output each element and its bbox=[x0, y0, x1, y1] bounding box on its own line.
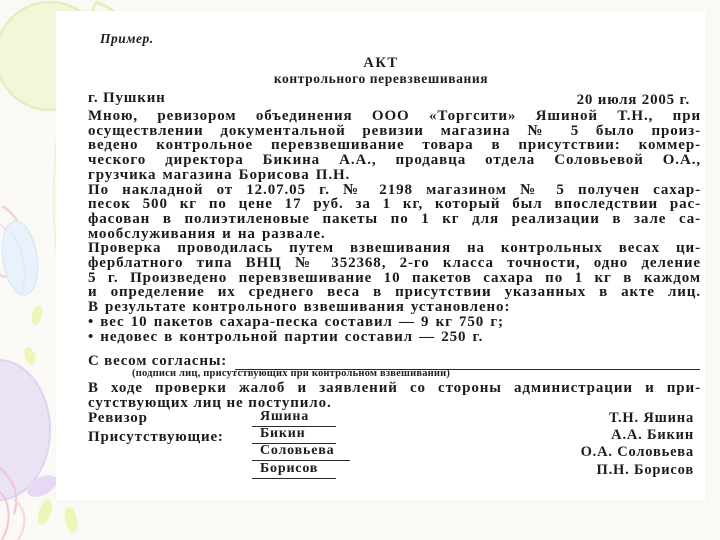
lavender-flower-bottom-left-icon bbox=[0, 360, 60, 540]
body-line: грузчика магазина Борисова П.Н. bbox=[88, 168, 701, 183]
document-title: АКТ bbox=[56, 55, 706, 72]
date-label: 20 июля 2005 г. bbox=[577, 92, 690, 109]
body-line: Мною, ревизором объединения ООО «Торгсит… bbox=[88, 109, 701, 124]
slide: Пример. АКТ контрольного перевзвешивания… bbox=[0, 0, 720, 540]
full-name: А.А. Бикин bbox=[474, 427, 694, 444]
body-line: ческого директора Бикина А.А., продавца … bbox=[88, 153, 701, 168]
closing-line: В ходе проверки жалоб и заявлений со сто… bbox=[88, 381, 701, 396]
printed-names-column: Т.Н. Яшина А.А. Бикин О.А. Соловьева П.Н… bbox=[474, 410, 694, 479]
body-line: фасован в полиэтиленовые пакеты по 1 кг … bbox=[88, 212, 701, 227]
body-line: осуществлении документальной ревизии маг… bbox=[88, 124, 701, 139]
full-name: Т.Н. Яшина bbox=[474, 410, 694, 427]
city-label: г. Пушкин bbox=[88, 90, 166, 107]
document-body: Мною, ревизором объединения ООО «Торгсит… bbox=[88, 109, 701, 345]
handwritten-signatures-column: Яшина Бикин Соловьева Борисов bbox=[252, 409, 402, 478]
signature-text: Бикин bbox=[252, 426, 336, 444]
body-line: 5 г. Произведено перевзвешивание 10 паке… bbox=[88, 271, 701, 286]
blue-bud-icon bbox=[0, 219, 42, 297]
signature-row: Соловьева bbox=[252, 443, 402, 460]
signature-text: Борисов bbox=[252, 461, 336, 479]
body-line: и определение их среднего веса в присутс… bbox=[88, 285, 701, 300]
closing-paragraph: В ходе проверки жалоб и заявлений со сто… bbox=[88, 381, 701, 410]
present-label: Присутствующие: bbox=[88, 429, 224, 446]
body-line: По накладной от 12.07.05 г. № 2198 магаз… bbox=[88, 183, 701, 198]
signature-text: Яшина bbox=[252, 409, 336, 427]
bullet-line: • вес 10 пакетов сахара-песка составил —… bbox=[88, 315, 701, 330]
body-line: песок 500 кг по цене 17 руб. за 1 кг, ко… bbox=[88, 197, 701, 212]
bullet-line: • недовес в контрольной партии составил … bbox=[88, 330, 701, 345]
full-name: О.А. Соловьева bbox=[474, 444, 694, 461]
signature-caption: (подписи лиц, присутствующих при контрол… bbox=[132, 368, 450, 379]
example-label: Пример. bbox=[100, 31, 154, 47]
signature-row: Яшина bbox=[252, 409, 402, 426]
body-line: Проверка проводилась путем взвешивания н… bbox=[88, 241, 701, 256]
signature-row: Бикин bbox=[252, 426, 402, 443]
body-line: ферблатного типа ВНЦ № 352368, 2-го клас… bbox=[88, 256, 701, 271]
document-page: Пример. АКТ контрольного перевзвешивания… bbox=[56, 11, 706, 500]
body-line: В результате контрольного взвешивания ус… bbox=[88, 300, 701, 315]
signature-row: Борисов bbox=[252, 461, 402, 478]
revisor-label: Ревизор bbox=[88, 410, 148, 427]
document-subtitle: контрольного перевзвешивания bbox=[56, 71, 706, 87]
body-line: мообслуживания и на развале. bbox=[88, 227, 701, 242]
body-line: ведено контрольное перевзвешивание товар… bbox=[88, 138, 701, 153]
signature-text: Соловьева bbox=[252, 443, 350, 461]
full-name: П.Н. Борисов bbox=[474, 462, 694, 479]
